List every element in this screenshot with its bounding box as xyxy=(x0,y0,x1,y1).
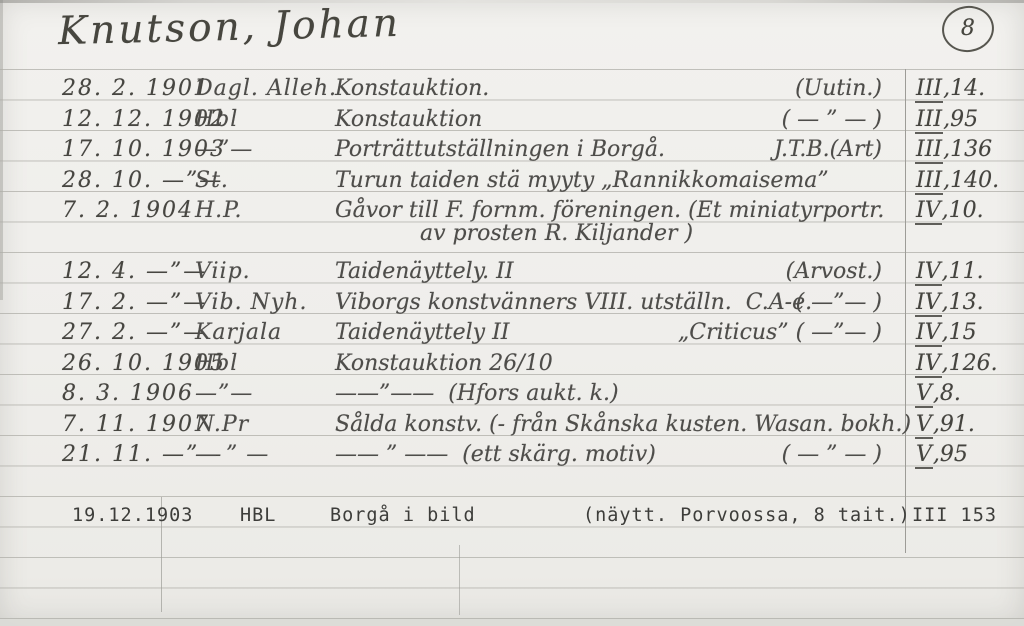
entry-reference: IV,10. xyxy=(915,199,984,222)
entry-date: 7. 2. 1904 xyxy=(62,199,194,222)
typed-entry-source: HBL xyxy=(240,505,276,526)
underlying-card-line-mid xyxy=(459,545,460,615)
entry-source: H.P. xyxy=(195,199,243,222)
entry-continuation-line: av prosten R. Kiljander ) xyxy=(420,222,693,245)
typed-entry-row: 19.12.1903 HBL Borgå i bild (näytt. Porv… xyxy=(0,497,1024,529)
typed-entry-text: Borgå i bild xyxy=(330,505,476,526)
typed-entry-date: 19.12.1903 xyxy=(72,505,193,526)
page-number: 8 xyxy=(961,17,975,40)
entry-note: ( — ” — ) xyxy=(782,443,882,466)
scan-top-edge xyxy=(0,0,1024,3)
entry-row: 7. 2. 1904 H.P. Gåvor till F. fornm. för… xyxy=(0,188,1010,224)
reference-page: ,95 xyxy=(933,442,968,467)
archive-index-card: Knutson, Johan 8 28. 2. 1901 Dagl. Alleh… xyxy=(0,0,1024,626)
entry-text: Gåvor till F. fornm. föreningen. (Et min… xyxy=(335,199,884,222)
reference-page: ,10. xyxy=(942,198,984,223)
reference-volume: IV xyxy=(915,198,942,225)
scan-bottom-edge xyxy=(0,618,1024,626)
entry-row: 21. 11. —”— — ” — —— ” —— (ett skärg. mo… xyxy=(0,432,1010,468)
entry-text: —— ” —— (ett skärg. motiv) xyxy=(335,443,656,466)
reference-volume: V xyxy=(915,442,933,469)
typed-entry-note: (näytt. Porvoossa, 8 tait.) xyxy=(583,505,911,526)
typed-entry-reference: III 153 xyxy=(912,505,997,526)
page-number-badge: 8 xyxy=(939,3,997,56)
entry-reference: V,95 xyxy=(915,443,968,466)
card-title: Knutson, Johan xyxy=(58,4,402,53)
entry-source: — ” — xyxy=(195,443,269,466)
